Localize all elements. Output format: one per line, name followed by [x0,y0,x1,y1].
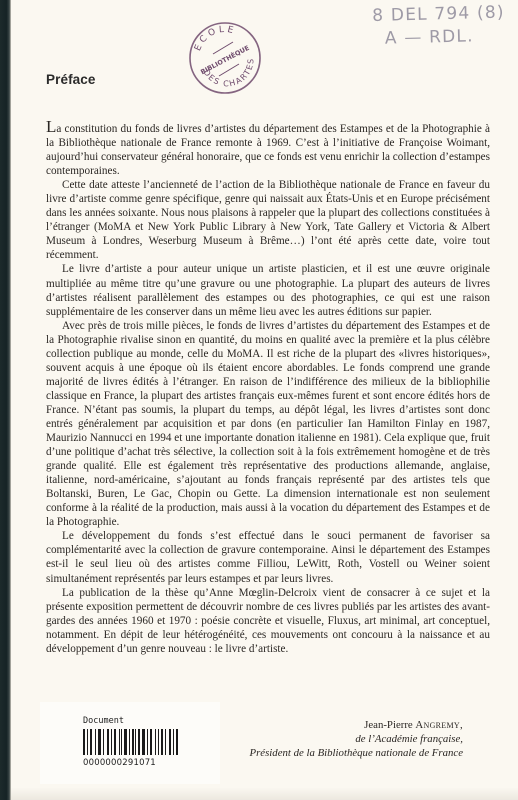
stamp-top-text: ECOLE [193,25,237,53]
paragraph-2: Cette date atteste l’ancienneté de l’act… [46,178,490,262]
signature-block: Jean-Pierre Angremy, de l’Académie franç… [250,718,464,760]
page-title: Préface [46,72,96,87]
paragraph-6: La publication de la thèse qu’Anne Mœgli… [46,586,490,656]
paragraph-1: La constitution du fonds de livres d’art… [46,122,490,178]
author-affiliation: de l’Académie française, [250,732,464,746]
library-stamp: ECOLE BIBLIOTHÈQUE DES CHARTES [187,20,263,96]
author-title: Président de la Bibliothèque nationale d… [250,746,464,760]
shelfmark-line-1: 8 DEL 794 (8) [372,1,518,28]
preface-body: La constitution du fonds de livres d’art… [46,122,490,656]
stamp-seal-icon: ECOLE BIBLIOTHÈQUE DES CHARTES [187,20,263,96]
page-bottom-edge [11,788,518,800]
svg-text:ECOLE: ECOLE [193,25,237,53]
paragraph-3: Le livre d’artiste a pour auteur unique … [46,262,490,318]
shelfmark-line-2: A — RDL. [373,24,518,51]
drop-cap: L [46,117,56,136]
barcode-number: 0000000291071 [83,758,156,768]
barcode-title: Document [83,716,124,726]
barcode-icon [83,729,193,755]
paragraph-5: Le développement du fonds s’est effectué… [46,529,490,585]
author-name: Jean-Pierre Angremy, [250,718,464,732]
handwritten-shelfmark: 8 DEL 794 (8) A — RDL. [372,1,518,51]
book-binding-edge [0,0,11,800]
barcode-label: Document 0000000291071 [40,702,220,784]
paragraph-4: Avec près de trois mille pièces, le fond… [46,319,490,530]
